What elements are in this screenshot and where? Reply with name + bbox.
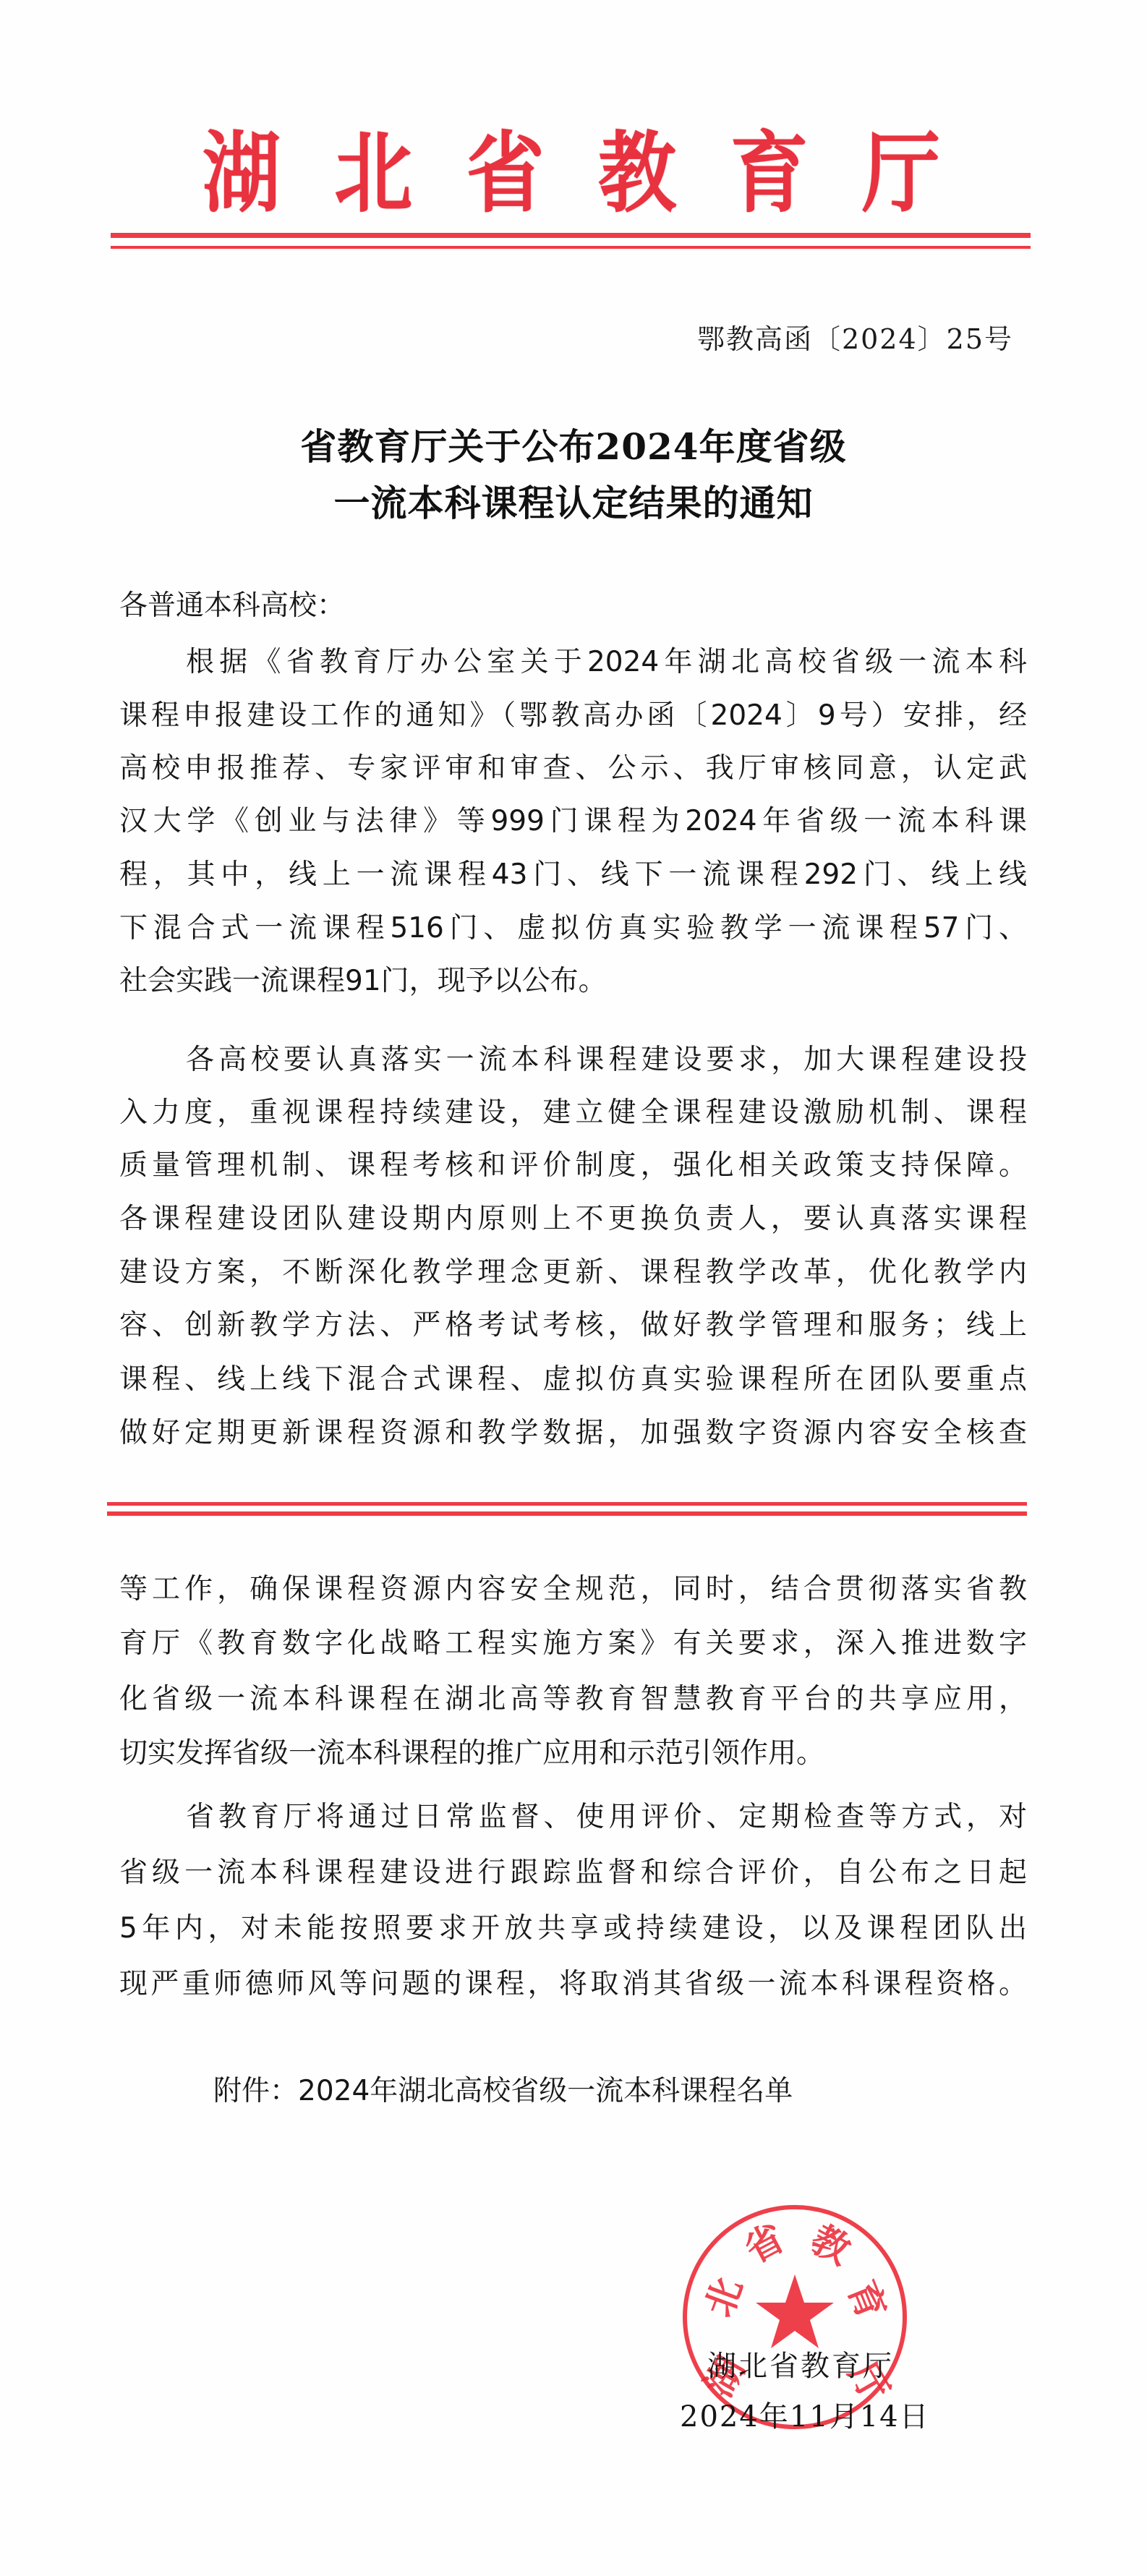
attachment-note: 附件：2024年湖北高校省级一流本科课程名单 [213,2077,864,2105]
paragraph-line: 课程、线上线下混合式课程、虚拟仿真实验课程所在团队要重点 [119,1365,1027,1394]
paragraph-line: 5年内，对未能按照要求开放共享或持续建设，以及课程团队出 [119,1914,1027,1942]
paragraph-line: 汉大学《创业与法律》等999门课程为2024年省级一流本科课 [119,807,1027,835]
letterhead-char: 教 [598,130,676,218]
paragraph-line: 各高校要认真落实一流本科课程建设要求，加大课程建设投 [186,1046,1027,1074]
paragraph-line: 课程申报建设工作的通知》（鄂教高办函〔2024〕9号）安排，经 [119,701,1027,730]
paragraph-line: 切实发挥省级一流本科课程的推广应用和示范引领作用。 [119,1739,1027,1767]
paragraph-line: 容、创新教学方法、严格考试考核，做好教学管理和服务；线上 [119,1311,1027,1339]
paragraph-line: 质量管理机制、课程考核和评价制度，强化相关政策支持保障。 [119,1151,1027,1180]
paragraph-line: 做好定期更新课程资源和教学数据，加强数字资源内容安全核查 [119,1419,1027,1447]
svg-text:教: 教 [803,2217,858,2274]
paragraph-line: 社会实践一流课程91门，现予以公布。 [119,967,1027,995]
letterhead-rule-thin [111,246,1031,249]
signature-date: 2024年11月14日 [680,2394,930,2435]
paragraph-line: 建设方案，不断深化教学理念更新、课程教学改革，优化教学内 [119,1258,1027,1287]
document-page: 湖 北 省 教 育 厅 鄂教高函〔2024〕25号 省教育厅关于公布2024年度… [0,0,1147,2576]
paragraph-line: 各课程建设团队建设期内原则上不更换负责人，要认真落实课程 [119,1205,1027,1233]
letterhead-rule-thick [111,233,1031,238]
letterhead-char: 厅 [862,130,940,218]
paragraph-line: 高校申报推荐、专家评审和审查、公示、我厅审核同意，认定武 [119,754,1027,782]
paragraph-line: 入力度，重视课程持续建设，建立健全课程建设激励机制、课程 [119,1099,1027,1127]
document-title-line-2: 一流本科课程认定结果的通知 [0,474,1147,526]
paragraph-line: 现严重师德师风等问题的课程，将取消其省级一流本科课程资格。 [119,1970,1027,1998]
svg-text:育: 育 [839,2274,894,2326]
svg-text:北: 北 [697,2272,751,2323]
document-title-line-1: 省教育厅关于公布2024年度省级 [0,418,1147,470]
svg-text:省: 省 [738,2216,792,2272]
paragraph-line: 省教育厅将通过日常监督、使用评价、定期检查等方式，对 [186,1803,1027,1831]
paragraph-line: 化省级一流本科课程在湖北高等教育智慧教育平台的共享应用， [119,1685,1027,1713]
paragraph-line: 等工作，确保课程资源内容安全规范，同时，结合贯彻落实省教 [119,1575,1027,1603]
letterhead-char: 湖 [202,130,281,218]
letterhead-char: 省 [466,130,545,218]
letterhead-title: 湖 北 省 教 育 厅 [202,127,940,221]
paragraph-line: 程，其中，线上一流课程43门、线下一流课程292门、线上线 [119,861,1027,889]
salutation: 各普通本科高校： [119,592,1027,620]
paragraph-line: 省级一流本科课程建设进行跟踪监督和综合评价，自公布之日起 [119,1859,1027,1887]
letterhead-char: 育 [730,130,809,218]
document-number: 鄂教高函〔2024〕25号 [697,317,1013,357]
signature-organization: 湖北省教育厅 [707,2343,894,2384]
paragraph-line: 育厅《教育数字化战略工程实施方案》有关要求，深入推进数字 [119,1629,1027,1658]
paragraph-line: 下混合式一流课程516门、虚拟仿真实验教学一流课程57门、 [119,914,1027,942]
paragraph-line: 根据《省教育厅办公室关于2024年湖北高校省级一流本科 [186,648,1027,676]
page-break-rule-thick [107,1511,1027,1516]
letterhead-char: 北 [334,130,412,218]
page-break-rule-thin [107,1502,1027,1506]
